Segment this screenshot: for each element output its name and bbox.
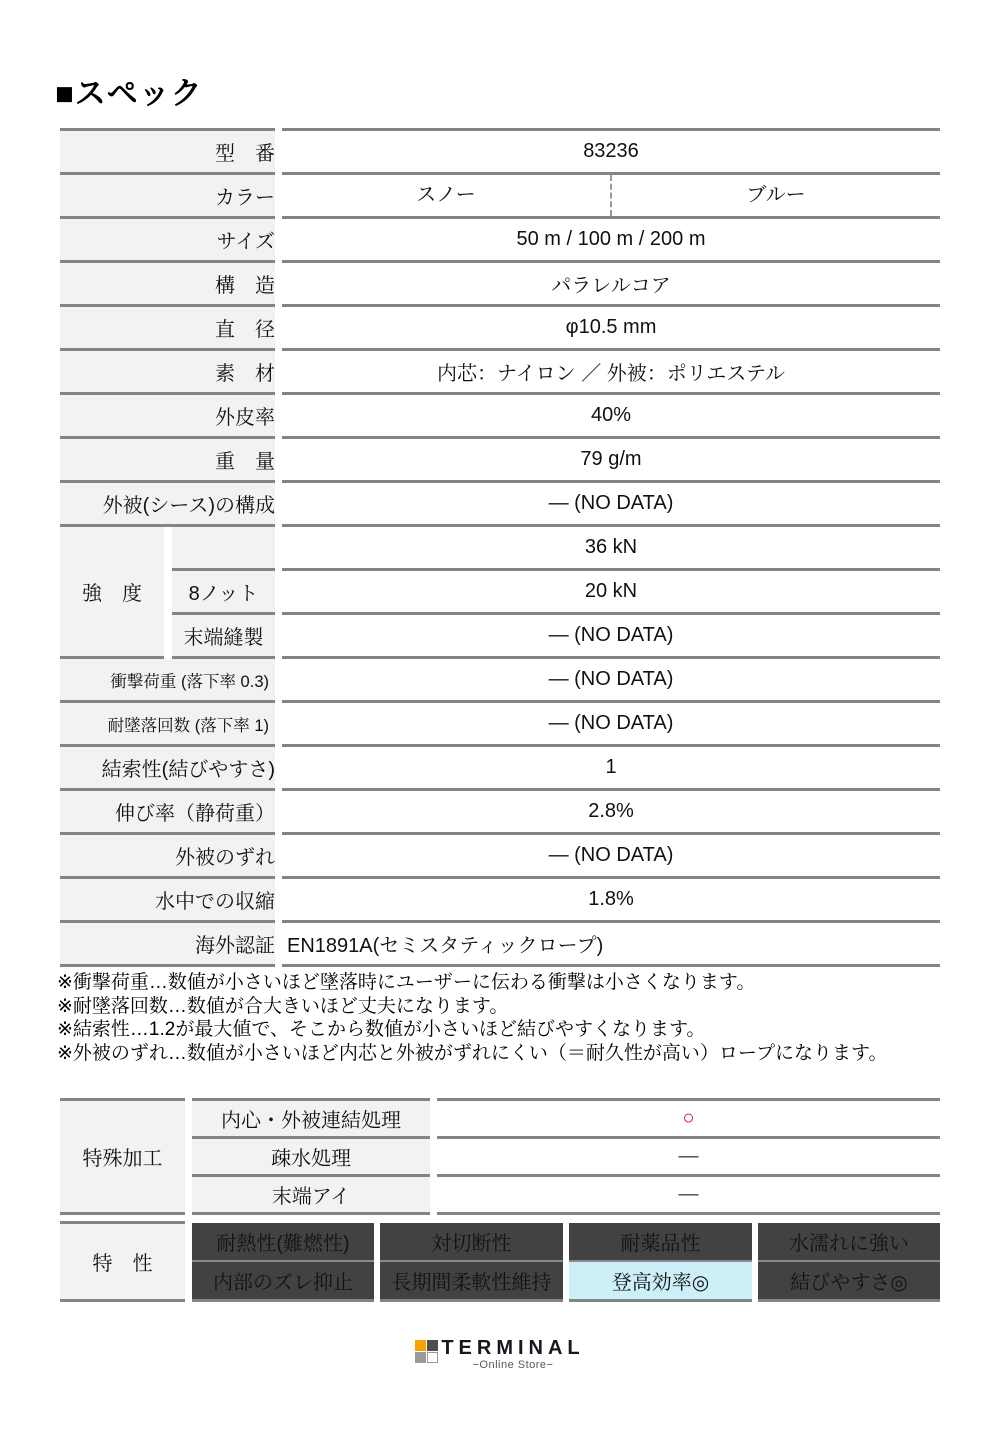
spec-label-structure: 構 造 [60,262,275,306]
column-gap [275,526,282,570]
color-option-snow: スノー [282,175,610,216]
column-gap [164,526,172,658]
color-option-blue: ブルー [610,175,940,216]
spec-value-size: 50 m / 100 m / 200 m [282,218,940,262]
spec-row-strength-sewn: 末端縫製 ― (NO DATA) [60,614,940,658]
spec-row-impact-load: 衝撃荷重 (落下率 0.3) ― (NO DATA) [60,658,940,702]
logo-square-orange [415,1340,426,1351]
page-title: ■スペック [55,68,203,113]
features-group-label: 特 性 [60,1223,185,1301]
spec-label-sheath-ratio: 外皮率 [60,394,275,438]
spec-table: 型 番 83236 カラー スノー ブルー サイズ 50 m / 100 m /… [60,128,940,967]
column-gap [275,130,282,174]
special-value-water-repellent: ― [437,1138,940,1176]
feature-water-resistance: 水濡れに強い [758,1223,940,1261]
column-gap [275,394,282,438]
logo-text: TERMINAL −Online Store− [441,1337,584,1371]
spec-value-sheath-composition: ― (NO DATA) [282,482,940,526]
spec-value-strength-straight: 36 kN [282,526,940,570]
store-logo: TERMINAL −Online Store− [0,1337,1000,1371]
spec-label-material: 素 材 [60,350,275,394]
column-gap [275,438,282,482]
logo-square-gray [415,1352,426,1363]
spec-value-sheath-slippage: ― (NO DATA) [282,834,940,878]
spec-row-elongation: 伸び率（静荷重） 2.8% [60,790,940,834]
spec-label-size: サイズ [60,218,275,262]
column-gap [430,1138,437,1176]
spec-row-shrinkage: 水中での収縮 1.8% [60,878,940,922]
column-gap [275,350,282,394]
spec-row-color: カラー スノー ブルー [60,174,940,218]
spec-label-diameter: 直 径 [60,306,275,350]
column-gap [185,1100,192,1214]
column-gap [275,878,282,922]
feature-internal-slip-control: 内部のズレ抑止 [192,1261,374,1301]
feature-climbing-efficiency: 登高効率◎ [569,1261,752,1301]
spec-label-sheath-composition: 外被(シース)の構成 [60,482,275,526]
spec-row-fall-count: 耐墜落回数 (落下率 1) ― (NO DATA) [60,702,940,746]
special-value-end-eye: ― [437,1176,940,1214]
special-value-core-sheath-bond: ○ [437,1100,940,1138]
spec-row-strength-main: 強 度 36 kN [60,526,940,570]
spec-row-structure: 構 造 パラレルコア [60,262,940,306]
footnotes: ※衝撃荷重…数値が小さいほど墜落時にユーザーに伝わる衝撃は小さくなります。 ※耐… [57,971,957,1065]
spec-label-model: 型 番 [60,130,275,174]
column-gap [275,922,282,966]
feature-long-term-flexibility: 長期間柔軟性維持 [380,1261,563,1301]
spec-label-elongation: 伸び率（静荷重） [60,790,275,834]
spec-row-certification: 海外認証 EN1891A(セミスタティックロープ) [60,922,940,966]
spec-sublabel-strength-knot: 8ノット [172,570,275,614]
column-gap [275,482,282,526]
special-row-water-repellent: 疎水処理 ― [60,1138,940,1176]
spec-row-sheath-composition: 外被(シース)の構成 ― (NO DATA) [60,482,940,526]
column-gap [275,218,282,262]
logo-square-white [427,1352,438,1363]
column-gap [275,790,282,834]
column-gap [275,614,282,658]
features-row-2: 内部のズレ抑止 長期間柔軟性維持 登高効率◎ 結びやすさ◎ [60,1261,940,1301]
footnote-fall-count: ※耐墜落回数…数値が合大きいほど丈夫になります。 [57,995,957,1019]
spec-label-fall-count: 耐墜落回数 (落下率 1) [60,702,275,746]
spec-row-diameter: 直 径 φ10.5 mm [60,306,940,350]
spec-row-material: 素 材 内芯：ナイロン ／ 外被：ポリエステル [60,350,940,394]
special-label-core-sheath-bond: 内心・外被連結処理 [192,1100,430,1138]
column-gap [275,834,282,878]
column-gap [275,746,282,790]
spec-row-sheath-ratio: 外皮率 40% [60,394,940,438]
feature-knot-ease: 結びやすさ◎ [758,1261,940,1301]
spec-row-model: 型 番 83236 [60,130,940,174]
column-gap [275,262,282,306]
spec-label-sheath-slippage: 外被のずれ [60,834,275,878]
column-gap [430,1100,437,1138]
spec-value-elongation: 2.8% [282,790,940,834]
spec-value-sheath-ratio: 40% [282,394,940,438]
spec-value-weight: 79 g/m [282,438,940,482]
spec-label-certification: 海外認証 [60,922,275,966]
spec-row-size: サイズ 50 m / 100 m / 200 m [60,218,940,262]
special-processing-table: 特殊加工 内心・外被連結処理 ○ 疎水処理 ― 末端アイ ― [60,1098,940,1215]
spec-row-sheath-slippage: 外被のずれ ― (NO DATA) [60,834,940,878]
spec-value-model: 83236 [282,130,940,174]
spec-value-diameter: φ10.5 mm [282,306,940,350]
spec-value-structure: パラレルコア [282,262,940,306]
spec-row-strength-knot: 8ノット 20 kN [60,570,940,614]
spec-label-strength-group: 強 度 [60,526,164,658]
spec-value-color: スノー ブルー [282,174,940,218]
spec-value-shrinkage: 1.8% [282,878,940,922]
column-gap [275,702,282,746]
footnote-knotability: ※結索性…1.2が最大値で、そこから数値が小さいほど結びやすくなります。 [57,1018,957,1042]
special-label-water-repellent: 疎水処理 [192,1138,430,1176]
special-row-core-sheath-bond: 特殊加工 内心・外被連結処理 ○ [60,1100,940,1138]
spec-row-knotability: 結索性(結びやすさ) 1 [60,746,940,790]
spec-value-fall-count: ― (NO DATA) [282,702,940,746]
spec-row-weight: 重 量 79 g/m [60,438,940,482]
spec-label-knotability: 結索性(結びやすさ) [60,746,275,790]
spec-sublabel-strength-sewn: 末端縫製 [172,614,275,658]
features-table: 特 性 耐熱性(難燃性) 対切断性 耐薬品性 水濡れに強い 内部のズレ抑止 長期… [60,1221,940,1302]
logo-squares-icon [415,1340,438,1363]
column-gap [275,570,282,614]
column-gap [275,306,282,350]
spec-label-impact-load: 衝撃荷重 (落下率 0.3) [60,658,275,702]
special-row-end-eye: 末端アイ ― [60,1176,940,1214]
special-label-end-eye: 末端アイ [192,1176,430,1214]
column-gap [275,174,282,218]
column-gap [185,1223,192,1301]
spec-value-strength-knot: 20 kN [282,570,940,614]
special-group-label: 特殊加工 [60,1100,185,1214]
logo-subtitle: −Online Store− [441,1359,584,1371]
column-gap [430,1176,437,1214]
feature-chemical-resistance: 耐薬品性 [569,1223,752,1261]
logo-brand-name: TERMINAL [441,1337,584,1359]
footnote-impact-load: ※衝撃荷重…数値が小さいほど墜落時にユーザーに伝わる衝撃は小さくなります。 [57,971,957,995]
spec-value-certification: EN1891A(セミスタティックロープ) [282,922,940,966]
spec-label-color: カラー [60,174,275,218]
feature-heat-resistance: 耐熱性(難燃性) [192,1223,374,1261]
feature-cut-resistance: 対切断性 [380,1223,563,1261]
features-row-1: 特 性 耐熱性(難燃性) 対切断性 耐薬品性 水濡れに強い [60,1223,940,1261]
spec-value-material: 内芯：ナイロン ／ 外被：ポリエステル [282,350,940,394]
logo-square-dark [427,1340,438,1351]
column-gap [275,658,282,702]
spec-value-knotability: 1 [282,746,940,790]
spec-label-weight: 重 量 [60,438,275,482]
spec-label-shrinkage: 水中での収縮 [60,878,275,922]
spec-value-impact-load: ― (NO DATA) [282,658,940,702]
footnote-sheath-slippage: ※外被のずれ…数値が小さいほど内芯と外被がずれにくい（＝耐久性が高い）ロープにな… [57,1042,957,1066]
spec-value-strength-sewn: ― (NO DATA) [282,614,940,658]
spec-sublabel-strength-straight [172,526,275,570]
